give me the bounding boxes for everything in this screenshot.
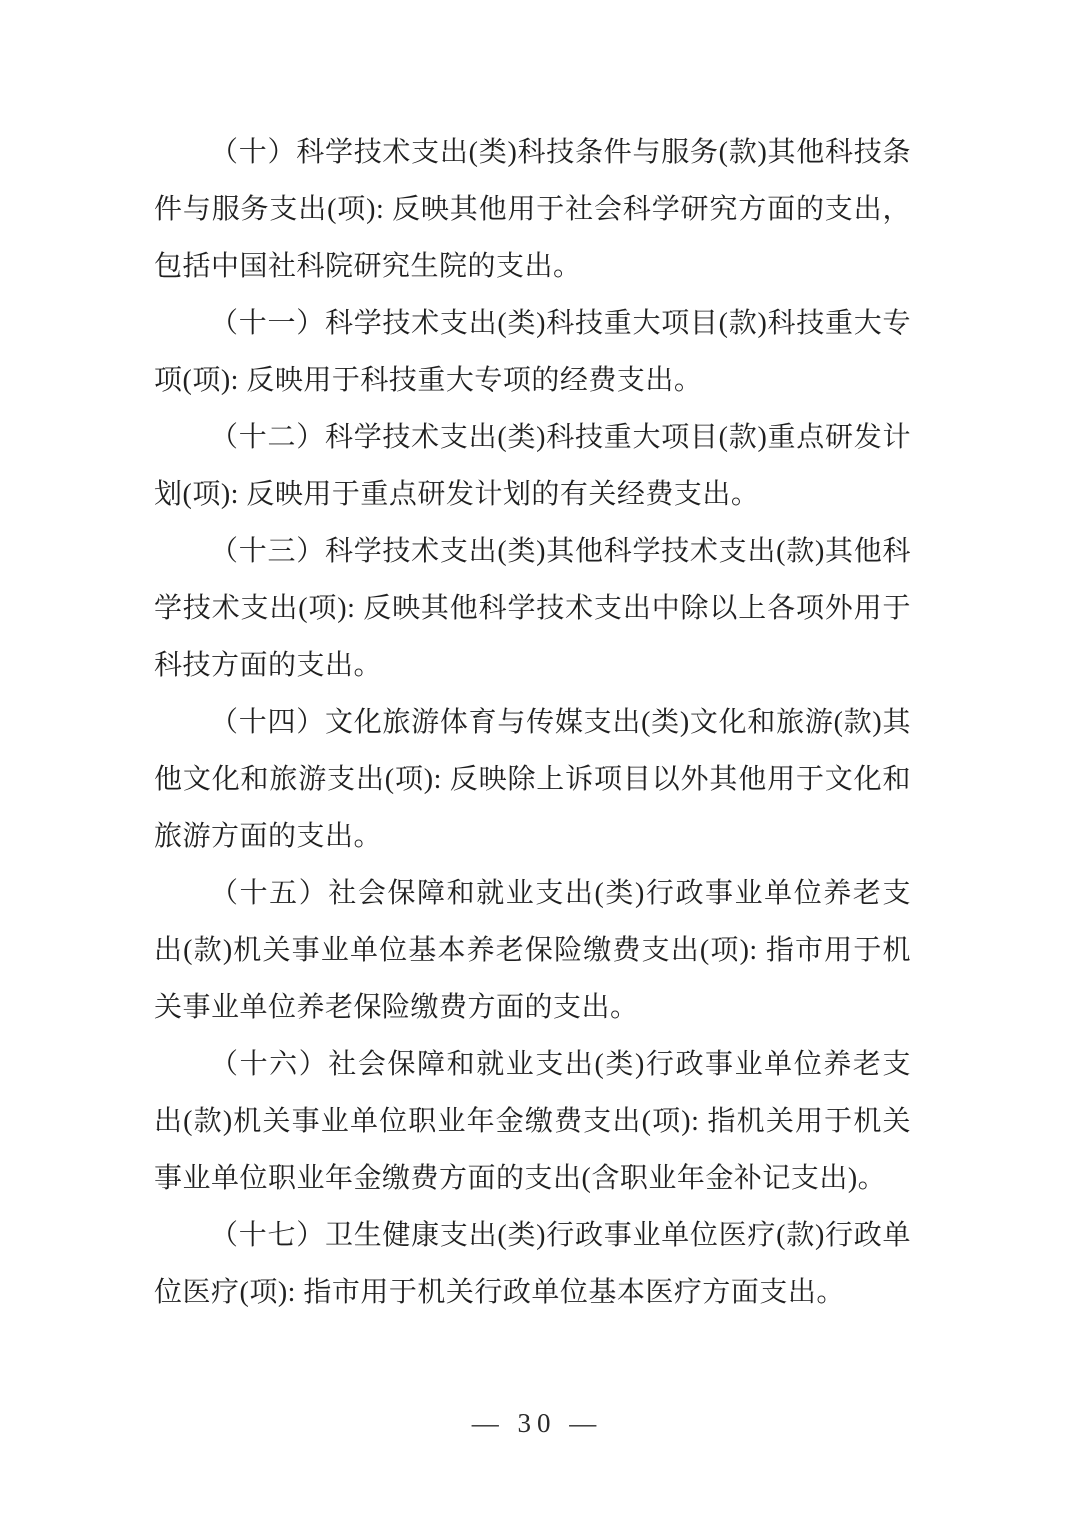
paragraph: （十五）社会保障和就业支出(类)行政事业单位养老支出(款)机关事业单位基本养老保…: [154, 865, 911, 1036]
document-body: （十）科学技术支出(类)科技条件与服务(款)其他科技条件与服务支出(项): 反映…: [154, 124, 911, 1321]
paragraph: （十四）文化旅游体育与传媒支出(类)文化和旅游(款)其他文化和旅游支出(项): …: [154, 694, 911, 865]
paragraph: （十）科学技术支出(类)科技条件与服务(款)其他科技条件与服务支出(项): 反映…: [154, 124, 911, 295]
paragraph: （十三）科学技术支出(类)其他科学技术支出(款)其他科学技术支出(项): 反映其…: [154, 523, 911, 694]
paragraph: （十六）社会保障和就业支出(类)行政事业单位养老支出(款)机关事业单位职业年金缴…: [154, 1036, 911, 1207]
document-page: （十）科学技术支出(类)科技条件与服务(款)其他科技条件与服务支出(项): 反映…: [0, 0, 1074, 1520]
paragraph: （十一）科学技术支出(类)科技重大项目(款)科技重大专项(项): 反映用于科技重…: [154, 295, 911, 409]
page-number: — 30 —: [0, 1408, 1074, 1439]
paragraph: （十七）卫生健康支出(类)行政事业单位医疗(款)行政单位医疗(项): 指市用于机…: [154, 1207, 911, 1321]
paragraph: （十二）科学技术支出(类)科技重大项目(款)重点研发计划(项): 反映用于重点研…: [154, 409, 911, 523]
